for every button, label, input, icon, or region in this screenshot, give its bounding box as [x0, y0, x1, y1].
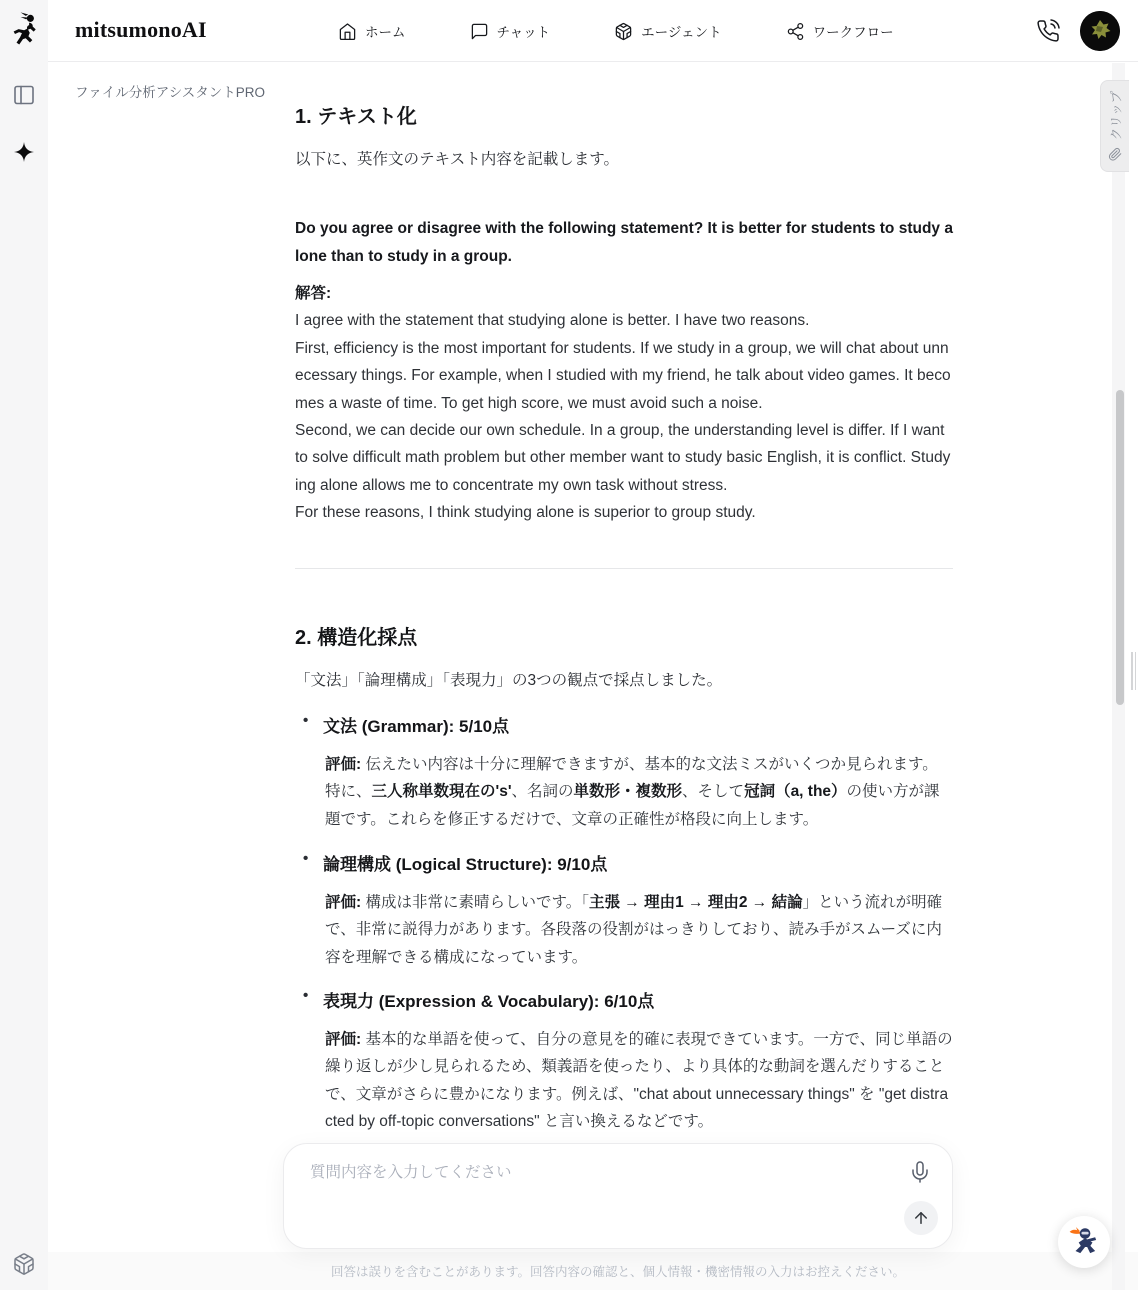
sparkle-icon[interactable]: [12, 140, 36, 164]
question-input[interactable]: [310, 1161, 870, 1231]
agent-cube-icon: [614, 22, 633, 41]
disclaimer-text: 回答は誤りを含むことがあります。回答内容の確認と、個人情報・機密情報の入力はお控…: [283, 1262, 953, 1280]
nav-label: ワークフロー: [813, 21, 894, 41]
section2-heading: 2. 構造化採点: [295, 621, 417, 650]
message-composer: [283, 1143, 953, 1249]
mascot-ninja-button[interactable]: [1058, 1216, 1110, 1268]
score-eval: 評価: 基本的な単語を使って、自分の意見を的確に表現できています。一方で、同じ単…: [325, 1026, 953, 1136]
score-eval: 評価: 伝えたい内容は十分に理解できますが、基本的な文法ミスがいくつか見られます…: [325, 751, 953, 833]
essay-text: I agree with the statement that studying…: [295, 307, 953, 526]
nav-item-agent[interactable]: エージェント: [614, 21, 721, 41]
score-item-logic: 論理構成 (Logical Structure): 9/10点 評価: 構成は非…: [295, 850, 953, 971]
nav-item-chat[interactable]: チャット: [470, 21, 551, 41]
ninja-logo-icon[interactable]: [7, 12, 41, 50]
sandbox-cube-icon[interactable]: [12, 1252, 36, 1276]
section2-intro: 「文法」「論理構成」「表現力」の3つの観点で採点しました。: [295, 668, 722, 690]
home-icon: [338, 22, 357, 41]
arrow-up-icon: [912, 1209, 930, 1227]
send-button[interactable]: [904, 1201, 938, 1235]
score-item-grammar: 文法 (Grammar): 5/10点 評価: 伝えたい内容は十分に理解できます…: [295, 712, 953, 833]
assistant-name-label: ファイル分析アシスタントPRO: [75, 81, 265, 101]
chat-bubble-icon: [470, 22, 489, 41]
answer-label: 解答:: [295, 285, 331, 302]
essay-answer: 解答:I agree with the statement that study…: [295, 280, 953, 527]
nav-label: エージェント: [641, 21, 721, 41]
score-title: 論理構成 (Logical Structure): 9/10点: [295, 850, 953, 875]
section1-intro: 以下に、英作文のテキスト内容を記載します。: [295, 147, 619, 169]
clip-tab-inner: クリップ: [1106, 91, 1124, 162]
navbar-right: [1036, 0, 1120, 62]
mascot-ninja-icon: [1067, 1225, 1101, 1259]
top-navbar: mitsumonoAI ホーム チャット: [48, 0, 1138, 62]
nav-item-home[interactable]: ホーム: [338, 21, 406, 41]
paperclip-icon: [1108, 147, 1122, 161]
main-nav: ホーム チャット エージェント: [338, 0, 894, 62]
clip-tab-label: クリップ: [1106, 91, 1124, 141]
nav-label: チャット: [497, 21, 551, 41]
mic-icon[interactable]: [908, 1160, 932, 1184]
score-title: 文法 (Grammar): 5/10点: [295, 712, 953, 737]
workflow-share-icon: [786, 22, 805, 41]
nav-item-workflow[interactable]: ワークフロー: [786, 21, 894, 41]
score-eval: 評価: 構成は非常に素晴らしいです。「主張 → 理由1 → 理由2 → 結論」と…: [325, 889, 953, 971]
essay-statement: Do you agree or disagree with the follow…: [295, 215, 953, 271]
clip-panel-tab[interactable]: クリップ: [1100, 80, 1129, 172]
score-item-expression: 表現力 (Expression & Vocabulary): 6/10点 評価:…: [295, 987, 953, 1136]
phone-volume-icon[interactable]: [1036, 19, 1060, 43]
panel-toggle-icon[interactable]: [12, 83, 36, 107]
section1-heading: 1. テキスト化: [295, 100, 417, 129]
scrollbar-thumb[interactable]: [1116, 390, 1124, 705]
panel-resize-handle[interactable]: [1131, 652, 1136, 690]
brand-logo[interactable]: mitsumonoAI: [75, 17, 207, 43]
left-rail: [0, 0, 48, 1290]
score-title: 表現力 (Expression & Vocabulary): 6/10点: [295, 987, 953, 1012]
nav-label: ホーム: [365, 21, 406, 41]
user-avatar[interactable]: [1080, 11, 1120, 51]
section-divider: [295, 568, 953, 569]
